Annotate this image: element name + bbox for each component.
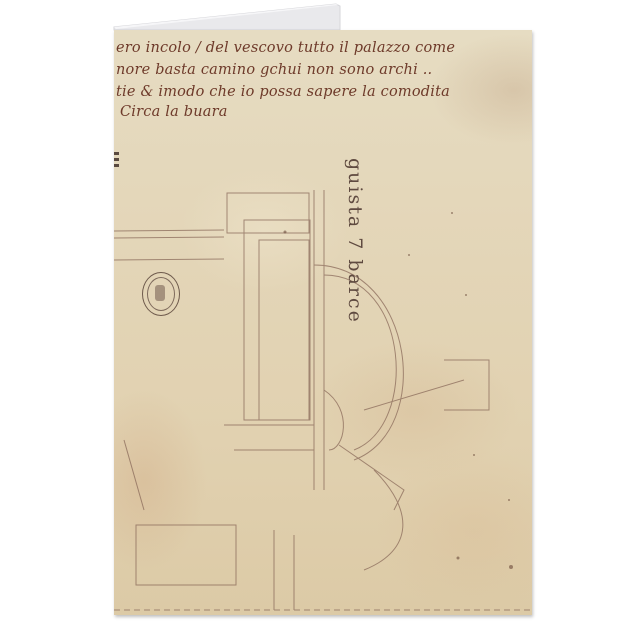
handwriting-line-2: nore basta camino gchui non sono archi .… [116,60,432,80]
edge-mark [114,152,119,170]
handwriting-line-4: Circa la buara [120,102,228,122]
greeting-card-front: ero incolo / del vescovo tutto il palazz… [114,30,532,615]
collection-stamp [142,272,180,316]
vertical-handwritten-note: guista 7 barce [344,158,366,324]
handwriting-line-1: ero incolo / del vescovo tutto il palazz… [116,38,455,58]
handwriting-line-3: tie & imodo che io possa sapere la comod… [116,82,450,102]
stamp-emblem [155,285,165,301]
